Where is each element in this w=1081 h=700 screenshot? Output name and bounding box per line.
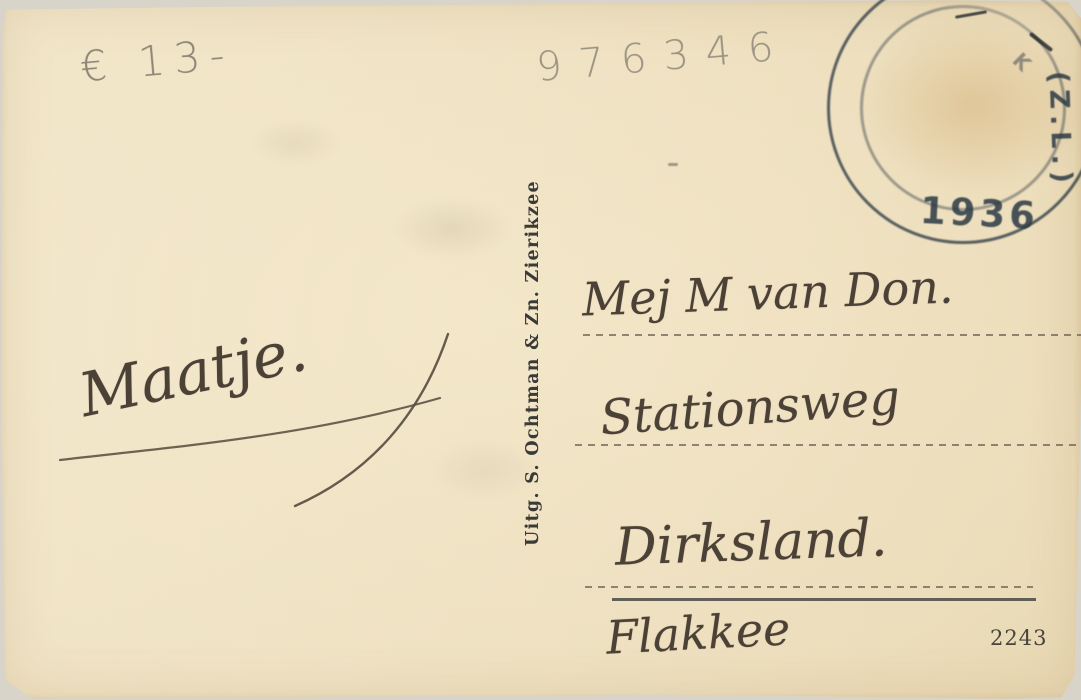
address-dotted-line — [585, 586, 1033, 588]
serial-number: 2243 — [990, 626, 1047, 650]
pencil-tick — [668, 163, 678, 166]
postmark-year: 1936 — [919, 189, 1040, 238]
postcard-scan: € 13- 976346 1936 (Z.L.) K Uitg. S. Ocht… — [0, 0, 1081, 700]
handwritten-town: Dirksland. — [614, 508, 888, 577]
postmark-region-text: (Z.L.) — [1042, 71, 1077, 190]
address-dotted-line — [575, 444, 1081, 446]
handwritten-island: Flakkee — [605, 601, 792, 665]
address-dotted-line — [583, 334, 1081, 336]
address-solid-line — [612, 598, 1036, 601]
publisher-imprint: Uitg. S. Ochtman & Zn. Zierikzee — [523, 180, 543, 546]
